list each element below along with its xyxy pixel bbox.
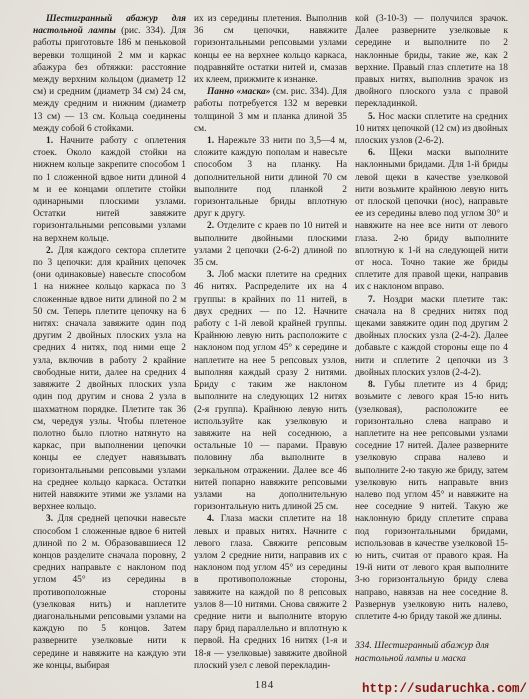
step-number: 4. (207, 514, 214, 524)
paragraph: 2. Для каждого сектора сплетите по 3 цеп… (33, 245, 186, 513)
paragraph: 6. Щеки маски выполните наклонными брида… (355, 147, 508, 293)
paragraph: 7. Ноздри маски плетите так: сначала на … (355, 294, 508, 379)
paragraph: их из середины плетения. Выполнив 36 см … (194, 13, 347, 86)
paragraph: 4. Глаза маски сплетите на 18 левых и пр… (194, 513, 347, 672)
step-number: 7. (368, 295, 375, 305)
paragraph: Шестигранный абажур для настольной лампы… (33, 13, 186, 135)
column-3: кой (3-10-3) — получился зрачок. Далее р… (355, 13, 508, 681)
paragraph-title: Панно «маска» (207, 87, 270, 97)
text-columns: Шестигранный абажур для настольной лампы… (33, 13, 515, 681)
step-number: 8. (368, 380, 375, 390)
step-number: 2. (46, 246, 53, 256)
step-number: 1. (46, 136, 53, 146)
paragraph: 1. Начните работу с оплетения стоек. Око… (33, 135, 186, 245)
step-number: 3. (207, 270, 214, 280)
paragraph: Панно «маска» (см. рис. 334). Для работы… (194, 86, 347, 135)
paragraph: 5. Нос маски сплетите на средних 10 нитя… (355, 111, 508, 148)
paragraph: кой (3-10-3) — получился зрачок. Далее р… (355, 13, 508, 111)
step-number: 5. (368, 112, 375, 122)
column-1: Шестигранный абажур для настольной лампы… (33, 13, 186, 681)
paragraph: 1. Нарежьте 33 нити по 3,5—4 м, сложите … (194, 135, 347, 220)
step-number: 1. (207, 136, 214, 146)
step-number: 3. (46, 514, 53, 524)
paragraph: 2. Отделите с краев по 10 нитей и выполн… (194, 220, 347, 269)
paragraph: 3. Для средней цепочки навесьте способом… (33, 513, 186, 672)
paragraph: 3. Лоб маски плетите на средних 46 нитях… (194, 269, 347, 513)
paragraph-title: Шестигранный абажур для настольной лампы (33, 14, 186, 36)
column-2: их из середины плетения. Выполнив 36 см … (194, 13, 347, 681)
step-number: 6. (368, 148, 375, 158)
figure-caption: 334. Шестигранный абажур для настольной … (355, 640, 508, 665)
book-page: Шестигранный абажур для настольной лампы… (0, 0, 529, 699)
step-number: 2. (207, 221, 214, 231)
watermark-url: http://sudaruchka.com/ (362, 682, 527, 696)
paragraph: 8. Губы плетите из 4 брид; возьмите с ле… (355, 379, 508, 623)
